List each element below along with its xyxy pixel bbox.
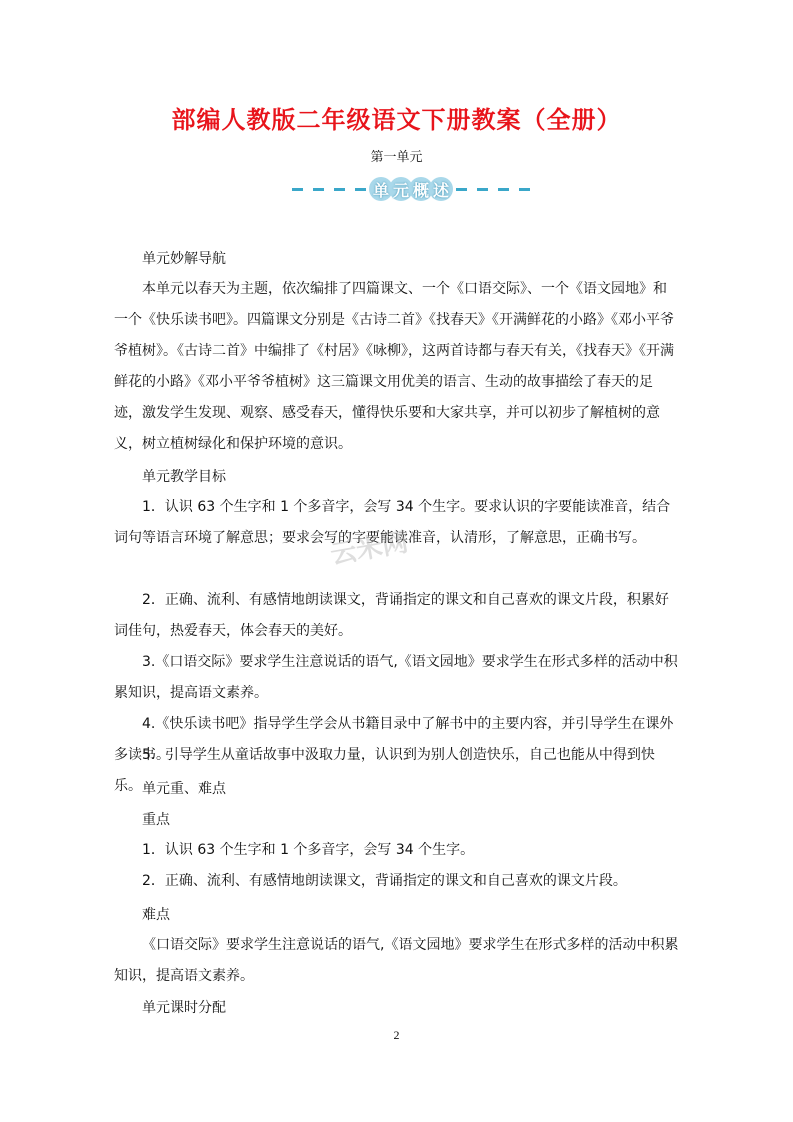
goal-item: 1．认识 63 个生字和 1 个多音字，会写 34 个生字。要求认识的字要能读准… [114,492,680,554]
unit-label: 第一单元 [0,146,793,165]
dash-decoration [292,188,303,191]
key-heading: 重点 [142,809,170,829]
nav-heading: 单元妙解导航 [142,248,226,268]
dash-decoration [313,188,324,191]
dash-decoration [477,188,488,191]
page-title: 部编人教版二年级语文下册教案（全册） [0,100,793,135]
goal-item: 2．正确、流利、有感情地朗读课文，背诵指定的课文和自己喜欢的课文片段，积累好词佳… [114,585,680,647]
banner-char: 述 [429,177,453,201]
dash-decoration [355,188,366,191]
nav-paragraph: 本单元以春天为主题，依次编排了四篇课文、一个《口语交际》、一个《语文园地》和一个… [114,274,680,460]
schedule-heading: 单元课时分配 [142,997,226,1017]
dash-decoration [456,188,467,191]
difficult-heading: 难点 [142,904,170,924]
page-number: 2 [0,1028,793,1043]
dash-decoration [498,188,509,191]
goal-item: 3.《口语交际》要求学生注意说话的语气,《语文园地》要求学生在形式多样的活动中积… [114,647,680,709]
difficult-paragraph: 《口语交际》要求学生注意说话的语气,《语文园地》要求学生在形式多样的活动中积累知… [114,930,680,992]
key-point: 1．认识 63 个生字和 1 个多音字，会写 34 个生字。 [114,835,680,866]
unit-overview-banner: 单 元 概 述 [280,176,542,202]
goals-heading: 单元教学目标 [142,466,226,486]
key-difficult-heading: 单元重、难点 [142,778,226,798]
dash-decoration [519,188,530,191]
key-point: 2．正确、流利、有感情地朗读课文，背诵指定的课文和自己喜欢的课文片段。 [114,866,680,897]
dash-decoration [334,188,345,191]
